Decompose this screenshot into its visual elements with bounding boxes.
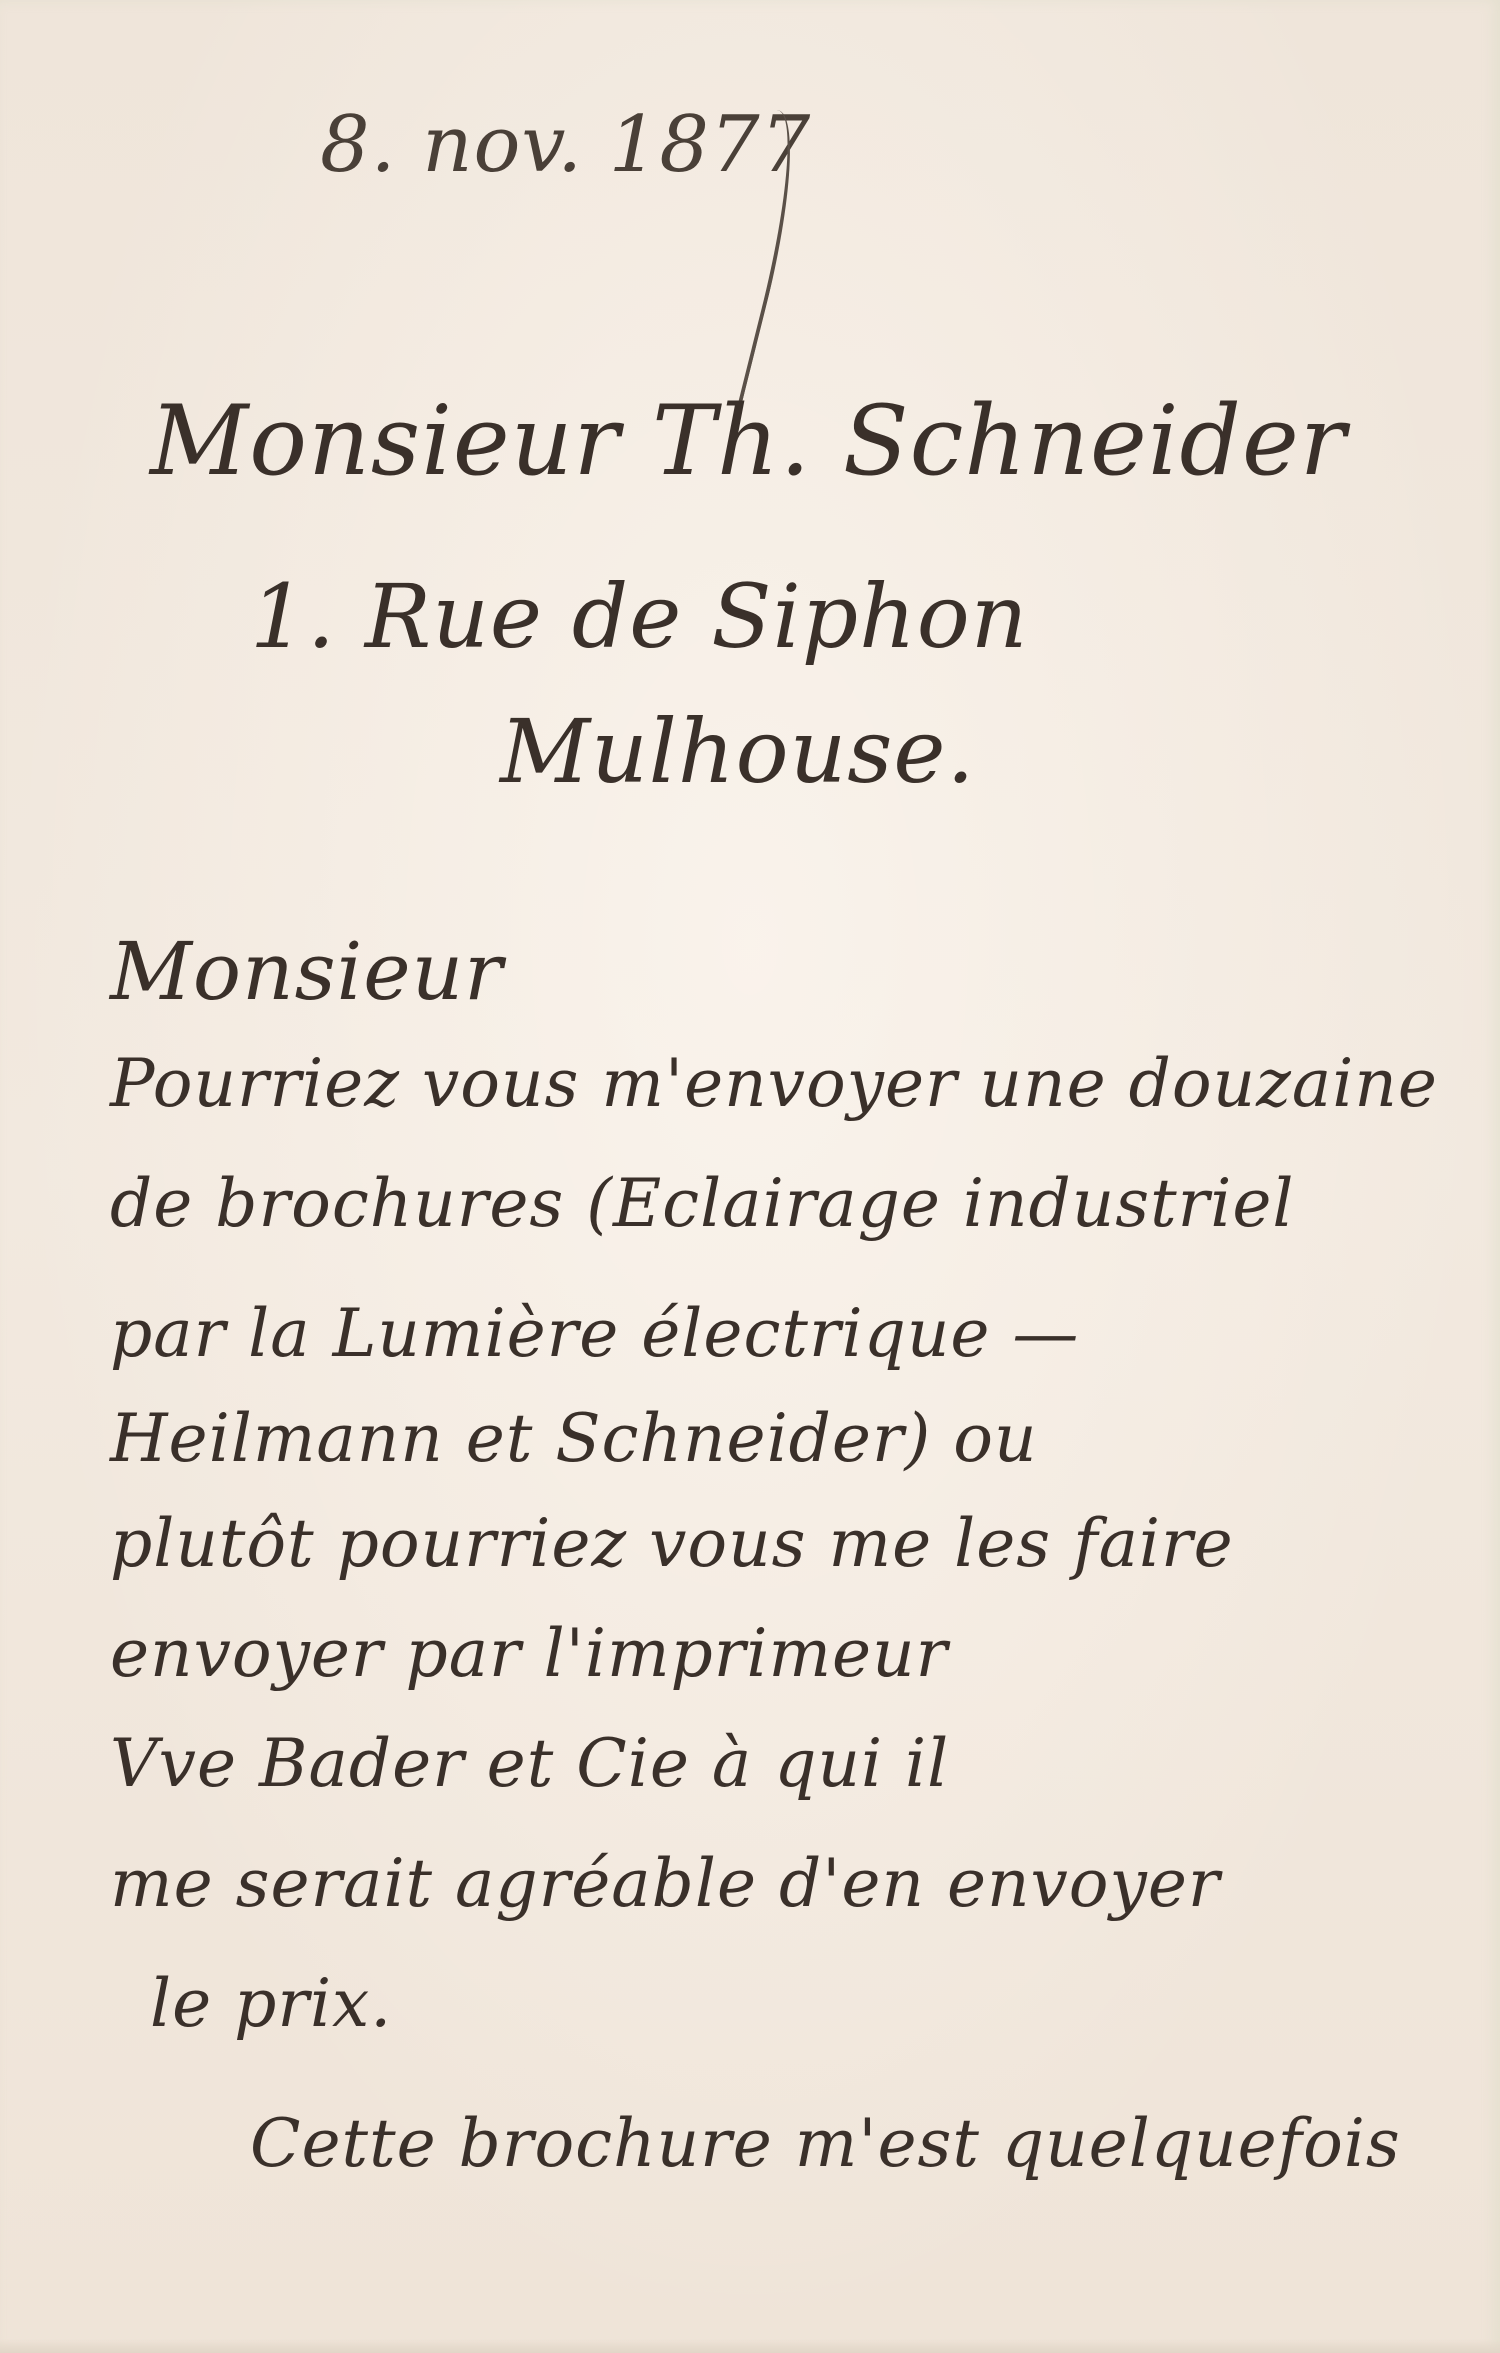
body-line: Heilmann et Schneider) ou	[110, 1400, 1038, 1477]
body-line: me serait agréable d'en envoyer	[110, 1845, 1220, 1922]
body-line: Vve Bader et Cie à qui il	[110, 1725, 949, 1802]
recipient-city: Mulhouse.	[500, 700, 975, 803]
body-line: par la Lumière électrique —	[110, 1295, 1079, 1372]
body-line: de brochures (Eclairage industriel	[110, 1165, 1295, 1242]
recipient-street: 1. Rue de Siphon	[250, 565, 1028, 668]
body-line: plutôt pourriez vous me les faire	[110, 1505, 1234, 1582]
recipient-name: Monsieur Th. Schneider	[150, 385, 1347, 497]
body-line: Cette brochure m'est quelquefois	[250, 2105, 1401, 2182]
body-line: Pourriez vous m'envoyer une douzaine	[110, 1045, 1438, 1122]
body-line: le prix.	[150, 1965, 392, 2042]
body-line: envoyer par l'imprimeur	[110, 1615, 948, 1692]
salutation: Monsieur	[110, 925, 503, 1018]
paper-edge	[0, 2339, 1500, 2353]
letter-page: 8. nov. 1877 Monsieur Th. Schneider 1. R…	[0, 0, 1500, 2353]
